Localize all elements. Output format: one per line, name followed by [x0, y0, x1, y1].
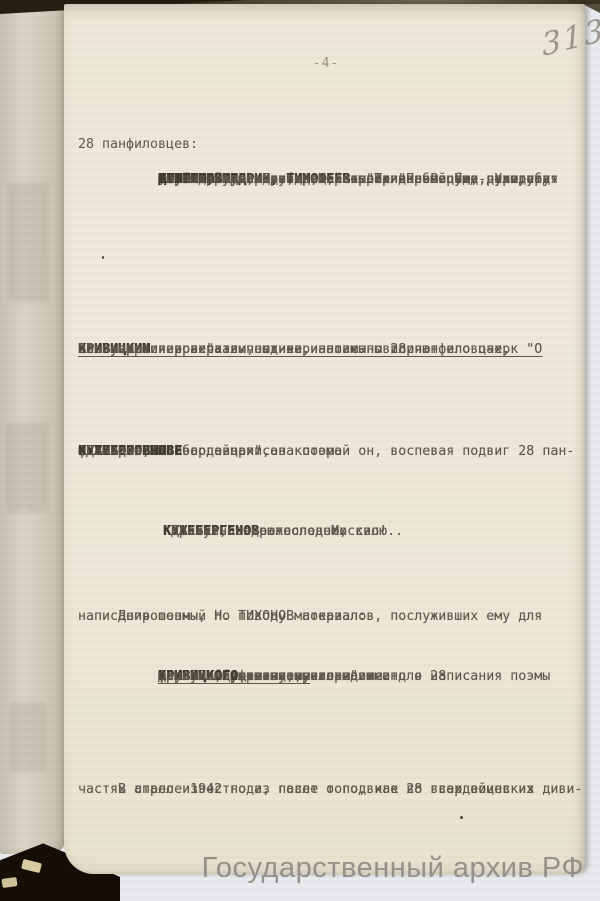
paper-speck: [102, 256, 104, 259]
archive-watermark: Государственный архив РФ: [202, 852, 584, 885]
book-page-edges: [0, 2, 66, 854]
bleed-through-smudge: [10, 702, 46, 772]
paper-speck: [460, 816, 463, 819]
bleed-through-smudge: [6, 422, 48, 512]
case-heading: 28 панфиловцев:: [78, 137, 198, 152]
page-number: -4-: [276, 56, 376, 71]
document-page: -4- 313 28 панфиловцев: "... Бой длился …: [64, 4, 585, 874]
folio-number-handwritten: 313: [540, 12, 600, 64]
document-scan: -4- 313 28 панфиловцев: "... Бой длился …: [0, 0, 600, 901]
bleed-through-smudge: [8, 182, 48, 302]
